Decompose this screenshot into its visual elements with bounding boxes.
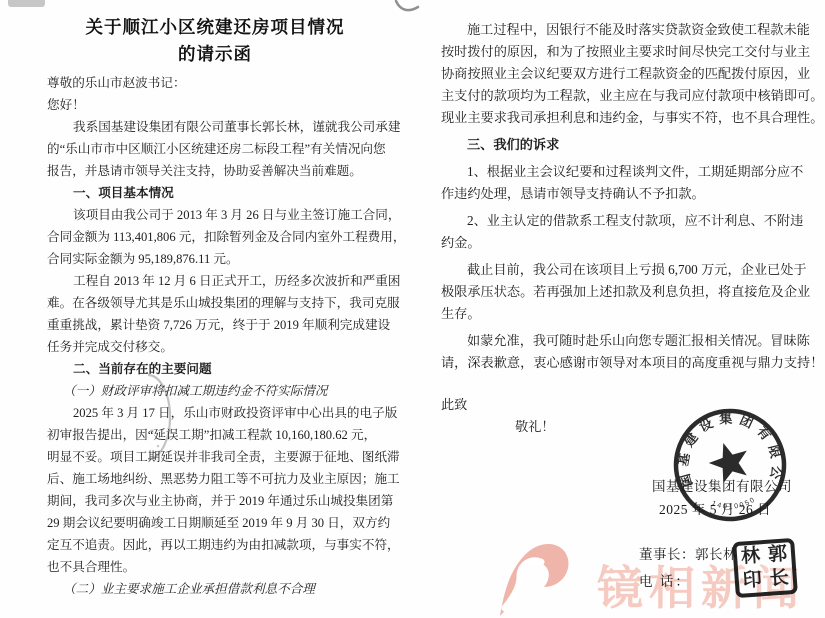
document-line: 作违约处理，恳请市领导支持确认不予扣款。 bbox=[441, 183, 809, 205]
document-line: 工程自 2013 年 12 月 6 日正式开工，历经多次波折和严重困 bbox=[47, 270, 383, 292]
right-page-body: 施工过程中，因银行不能及时落实贷款资金致使工程款未能按时拨付的原因，和为了按照业… bbox=[441, 19, 809, 374]
document-line: 合同实际金额为 95,189,876.11 元。 bbox=[47, 248, 383, 270]
document-line: 协商按照业主会议纪要双方进行工程款资金的匹配拨付原因，业 bbox=[441, 63, 809, 85]
document-line: 该项目由我公司于 2013 年 3 月 26 日与业主签订施工合同， bbox=[47, 204, 383, 226]
left-page-body: 尊敬的乐山市赵波书记：您好！我系国基建设集团有限公司董事长郭长林，谨就我公司承建… bbox=[47, 72, 383, 600]
document-line: 我系国基建设集团有限公司董事长郭长林，谨就我公司承建 bbox=[47, 116, 383, 138]
document-line: 1、根据业主会议纪要和过程谈判文件，工期延期部分应不 bbox=[441, 161, 809, 183]
document-line: （一）财政评审将扣减工期违约金不符实际情况 bbox=[47, 380, 383, 402]
document-line: 后、施工场地纠纷、黑恶势力阻工等不可抗力及业主原因；施工 bbox=[47, 468, 383, 490]
seal-serial: 14010050 bbox=[710, 495, 758, 513]
title-line-1: 关于顺江小区统建还房项目情况 bbox=[47, 14, 383, 41]
document-page-right: 施工过程中，因银行不能及时落实贷款资金致使工程款未能按时拨付的原因，和为了按照业… bbox=[441, 19, 809, 618]
document-line: 截止目前，我公司在该项目上亏损 6,700 万元，企业已处于 bbox=[441, 259, 809, 281]
document-line: 明显不妥。项目工期延误并非我司全责，主要源于征地、图纸滞 bbox=[47, 446, 383, 468]
document-line: 2、业主认定的借款系工程支付款项，应不计利息、不附违 bbox=[441, 210, 809, 232]
document-line: 按时拨付的原因，和为了按照业主要求时间尽快完工交付与业主 bbox=[441, 41, 809, 63]
title-line-2: 的请示函 bbox=[47, 41, 383, 68]
document-line: 一、项目基本情况 bbox=[47, 182, 383, 204]
scanned-document-view: 镜相新闻 关于顺江小区统建还房项目情况 的请示函 尊敬的乐山市赵波书记：您好！我… bbox=[0, 0, 825, 618]
document-line: 您好！ bbox=[47, 94, 383, 116]
name-seal-char: 郭 bbox=[763, 542, 792, 568]
chairman-name-seal: 林 郭 印 长 bbox=[732, 538, 798, 598]
document-line: 初审报告提出，因“延误工期”扣减工程款 10,160,180.62 元， bbox=[47, 424, 383, 446]
document-line: 如蒙允准，我可随时赴乐山向您专题汇报相关情况。冒昧陈 bbox=[441, 330, 809, 352]
document-page-left: 关于顺江小区统建还房项目情况 的请示函 尊敬的乐山市赵波书记：您好！我系国基建设… bbox=[47, 14, 383, 600]
company-seal: 国基建设集团有限公司 14010050 bbox=[665, 400, 795, 530]
document-line: 任务并完成交付移交。 bbox=[47, 336, 383, 358]
seal-star-icon bbox=[704, 437, 754, 486]
document-line: 重重挑战，累计垫资 7,726 万元，终于于 2019 年顺利完成建设 bbox=[47, 314, 383, 336]
document-line: 三、我们的诉求 bbox=[441, 134, 809, 156]
document-line: 难。在各级领导尤其是乐山城投集团的理解与支持下，我司克服 bbox=[47, 292, 383, 314]
scan-corner-artifact bbox=[8, 0, 45, 7]
signature-chairman: 董事长：郭长林 bbox=[639, 543, 737, 563]
pen-hook-mark bbox=[390, 0, 424, 16]
document-line: （二）业主要求施工企业承担借款利息不合理 bbox=[47, 578, 383, 600]
document-line: 请，深表歉意，衷心感谢市领导对本项目的高度重视与鼎力支持！ bbox=[441, 352, 809, 374]
document-line: 期间，我司多次与业主协商，并于 2019 年通过乐山城投集团第 bbox=[47, 490, 383, 512]
document-line: 主支付的款项均为工程款，业主应在与我司应付款项中核销即可。 bbox=[441, 85, 809, 107]
document-line: 的“乐山市市中区顺江小区统建还房二标段工程”有关情况向您 bbox=[47, 138, 383, 160]
document-line: 29 期会议纪要明确竣工日期顺延至 2019 年 9 月 30 日，双方约 bbox=[47, 512, 383, 534]
document-line: 也不具合理性。 bbox=[47, 556, 383, 578]
name-seal-char: 长 bbox=[765, 566, 794, 592]
document-line: 报告，并恳请市领导关注支持，协助妥善解决当前难题。 bbox=[47, 160, 383, 182]
document-line: 现业主要求我司承担利息和违约金，与事实不符，也不具合理性。 bbox=[441, 107, 809, 129]
document-line: 二、当前存在的主要问题 bbox=[47, 358, 383, 380]
name-seal-char: 印 bbox=[738, 568, 767, 594]
document-line: 施工过程中，因银行不能及时落实贷款资金致使工程款未能 bbox=[441, 19, 809, 41]
signature-phone-label: 电 话： bbox=[639, 570, 691, 590]
document-title: 关于顺江小区统建还房项目情况 的请示函 bbox=[47, 14, 383, 68]
document-line: 2025 年 3 月 17 日，乐山市财政投资评审中心出具的电子版 bbox=[47, 402, 383, 424]
document-line: 尊敬的乐山市赵波书记： bbox=[47, 72, 383, 94]
document-line: 极限承压状态。若再强加上述扣款及利息负担，将直接危及企业 bbox=[441, 281, 809, 303]
name-seal-char: 林 bbox=[736, 544, 765, 570]
svg-text:14010050: 14010050 bbox=[710, 495, 758, 513]
document-line: 约金。 bbox=[441, 232, 809, 254]
document-line: 生存。 bbox=[441, 303, 809, 325]
document-line: 合同金额为 113,401,806 元，扣除暂列金及合同内室外工程费用， bbox=[47, 226, 383, 248]
document-line: 定互不追责。因此，再以工期违约为由扣减款项，与事实不符， bbox=[47, 534, 383, 556]
